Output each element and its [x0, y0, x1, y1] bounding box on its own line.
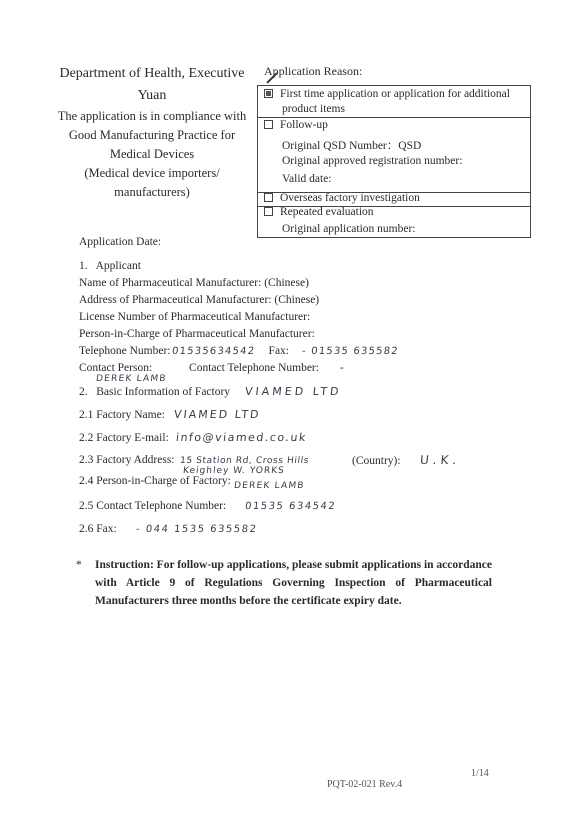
- option-label: Overseas factory investigation: [280, 192, 420, 204]
- factory-address-line1[interactable]: 15 Station Rd, Cross Hills: [180, 456, 310, 466]
- factory-fax-row: 2.6 Fax: - 044 1535 635582: [79, 523, 257, 535]
- section-factory-heading: 2. Basic Information of Factory: [79, 386, 230, 398]
- factory-name-row: 2.1 Factory Name: VIAMED LTD: [79, 408, 260, 421]
- factory-contact-telephone-label: 2.5 Contact Telephone Number:: [79, 500, 226, 512]
- checkbox-icon[interactable]: [264, 193, 273, 202]
- factory-name-value[interactable]: VIAMED LTD: [173, 408, 261, 421]
- agency-title-cont: Yuan: [48, 85, 256, 107]
- form-code: PQT-02-021 Rev.4: [327, 779, 402, 790]
- manufacturer-address-label: Address of Pharmaceutical Manufacturer: …: [79, 294, 319, 306]
- factory-address-label: 2.3 Factory Address:: [79, 454, 175, 466]
- contact-telephone-label: Contact Telephone Number:: [189, 362, 319, 374]
- option-label-cont: product items: [282, 103, 345, 115]
- subtitle-line: Medical Devices: [48, 145, 256, 164]
- subtitle-line: manufacturers): [48, 183, 256, 202]
- approved-registration-field: Original approved registration number:: [282, 155, 462, 167]
- country-value[interactable]: U.K.: [419, 453, 461, 467]
- agency-title: Department of Health, Executive: [48, 63, 256, 85]
- subtitle-line: The application is in compliance with: [48, 107, 256, 126]
- factory-email-row: 2.2 Factory E-mail: info@viamed.co.uk: [79, 431, 306, 444]
- factory-contact-telephone-row: 2.5 Contact Telephone Number: 01535 6345…: [79, 500, 336, 512]
- subtitle-line: Good Manufacturing Practice for: [48, 126, 256, 145]
- factory-email-value[interactable]: info@viamed.co.uk: [175, 431, 307, 444]
- reason-option-first-time[interactable]: First time application or application fo…: [258, 86, 530, 118]
- telephone-label: Telephone Number:: [79, 345, 170, 357]
- qsd-number-field: Original QSD Number：QSD: [282, 137, 421, 153]
- original-application-number-field: Original application number:: [282, 223, 416, 235]
- application-date-label: Application Date:: [79, 236, 161, 248]
- factory-fax-label: 2.6 Fax:: [79, 523, 117, 535]
- subtitle-line: (Medical device importers/: [48, 164, 256, 183]
- factory-heading-value[interactable]: VIAMED LTD: [244, 385, 342, 398]
- factory-name-label: 2.1 Factory Name:: [79, 409, 165, 421]
- option-label: First time application or application fo…: [280, 88, 510, 100]
- factory-person-in-charge-value[interactable]: DEREK LAMB: [233, 481, 305, 491]
- reason-option-overseas[interactable]: Overseas factory investigation: [258, 193, 530, 207]
- license-number-label: License Number of Pharmaceutical Manufac…: [79, 311, 310, 323]
- factory-address-row: 2.3 Factory Address: 15 Station Rd, Cros…: [79, 454, 309, 466]
- person-in-charge-label: Person-in-Charge of Pharmaceutical Manuf…: [79, 328, 315, 340]
- factory-contact-telephone-value[interactable]: 01535 634542: [244, 501, 336, 512]
- application-reason-box: First time application or application fo…: [257, 85, 531, 238]
- factory-person-in-charge-row: 2.4 Person-in-Charge of Factory: DEREK L…: [79, 475, 304, 487]
- factory-fax-value[interactable]: - 044 1535 635582: [135, 524, 258, 535]
- factory-email-label: 2.2 Factory E-mail:: [79, 432, 169, 444]
- contact-row: Contact Person: Contact Telephone Number…: [79, 362, 344, 374]
- fax-value[interactable]: - 01535 635582: [301, 346, 399, 357]
- instruction-note: * Instruction: For follow-up application…: [78, 556, 492, 610]
- contact-person-value[interactable]: DEREK LAMB: [95, 374, 167, 384]
- checkbox-icon[interactable]: [264, 207, 273, 216]
- reason-option-follow-up[interactable]: Follow-up Original QSD Number：QSD Origin…: [258, 118, 530, 193]
- manufacturer-name-label: Name of Pharmaceutical Manufacturer: (Ch…: [79, 277, 309, 289]
- contact-telephone-value[interactable]: -: [340, 362, 344, 374]
- section-applicant-heading: 1. Applicant: [79, 260, 141, 272]
- checkbox-icon[interactable]: [264, 120, 273, 129]
- document-header: Department of Health, Executive Yuan The…: [48, 63, 256, 202]
- asterisk-icon: *: [76, 556, 82, 574]
- application-reason-label: Application Reason:: [264, 64, 362, 79]
- fax-label: Fax:: [269, 345, 289, 357]
- contact-person-label: Contact Person:: [79, 362, 152, 374]
- checkbox-checked-icon[interactable]: [264, 89, 273, 98]
- option-label: Follow-up: [280, 119, 328, 131]
- factory-heading-row: 2. Basic Information of Factory VIAMED L…: [79, 385, 341, 398]
- country-label: (Country):: [352, 455, 401, 467]
- factory-person-in-charge-label: 2.4 Person-in-Charge of Factory:: [79, 475, 231, 487]
- instruction-text: Instruction: For follow-up applications,…: [95, 556, 492, 610]
- page-number: 1/14: [471, 768, 489, 779]
- option-label: Repeated evaluation: [280, 206, 374, 218]
- telephone-row: Telephone Number:01535634542 Fax: - 0153…: [79, 345, 399, 357]
- valid-date-field: Valid date:: [282, 173, 332, 185]
- telephone-value[interactable]: 01535634542: [172, 346, 256, 357]
- reason-option-repeated[interactable]: Repeated evaluation Original application…: [258, 207, 530, 238]
